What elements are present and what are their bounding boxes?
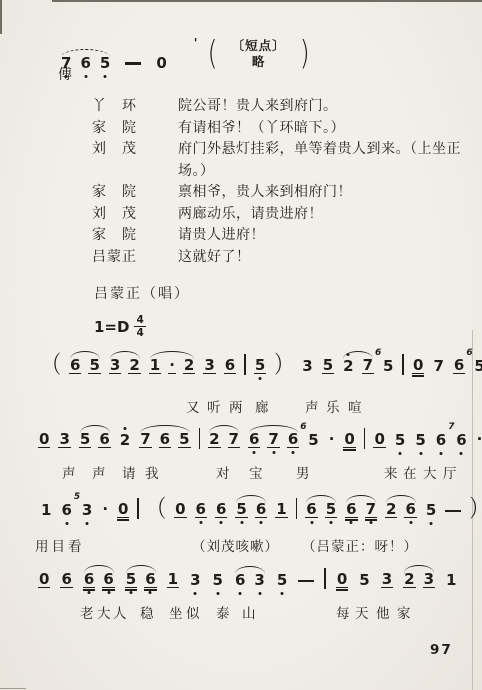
dialogue-text: 府门外悬灯挂彩，单等着贵人到来。（上坐正场。） (178, 139, 468, 182)
note: 0 (343, 432, 355, 448)
slur-group: 65 (305, 494, 337, 518)
barline (296, 498, 298, 519)
time-signature: 4 4 (134, 314, 145, 339)
slur-group: 1·2 (149, 350, 196, 374)
note: 1 (40, 503, 52, 518)
note: 1 (167, 572, 179, 588)
note: 3 (58, 432, 70, 448)
slur-group: 56 (235, 494, 267, 518)
role-label: 丫 环 (92, 96, 156, 118)
note: 6 (255, 502, 267, 518)
slur-group: 65 (69, 350, 101, 374)
note: 7 (365, 502, 377, 518)
slur-group: 26 (385, 494, 417, 518)
note: 5 (79, 432, 91, 448)
dialogue-row: 刘 茂两廊动乐，请贵进府！ (92, 204, 468, 226)
percussion-label-bottom: 略 (252, 54, 266, 70)
note: 56 (307, 433, 319, 448)
augmentation-dot: · (168, 358, 176, 374)
lyric-segment: 他 (376, 602, 391, 622)
role-label: 刘 茂 (92, 139, 156, 182)
lyric-segment: （吕蒙正：呀！） (302, 535, 418, 555)
note: 6 (69, 358, 81, 374)
lyric-segment: 请 (122, 462, 137, 482)
slur-group: 56 (79, 424, 111, 448)
low-octave-dot (149, 591, 152, 594)
note: 2 (128, 358, 140, 374)
music-line-4: 066656135635053231 (38, 564, 457, 588)
role-label: 家 院 (92, 225, 156, 247)
low-octave-dot (260, 521, 263, 524)
note: 6 (234, 573, 246, 588)
grace-note: 6 (300, 423, 306, 432)
note: 5 (276, 573, 288, 588)
lyric-segment: 厅 (443, 462, 458, 482)
barline (324, 568, 326, 589)
music-line-2: 035627652767656·0055667· (38, 424, 482, 448)
intro-notes: 7650 (60, 48, 168, 71)
note: 0 (155, 56, 167, 71)
note: 5 (235, 502, 247, 518)
scan-edge-left (0, 0, 2, 34)
note: 5 (212, 573, 224, 588)
note: 5 (88, 358, 100, 374)
note: 0 (174, 502, 186, 518)
lyric-segment: 稳 (140, 602, 155, 622)
low-octave-dot (216, 592, 219, 595)
note: 1 (149, 358, 161, 374)
note: 2 (119, 433, 131, 448)
high-octave-dot (123, 427, 126, 430)
note: 6 (79, 56, 91, 71)
role-label: 家 院 (92, 118, 156, 140)
note: 3 (301, 359, 313, 374)
dash-note (125, 62, 141, 64)
lyric-segment: 听 (207, 396, 222, 416)
lyric-segment: 来 (384, 462, 399, 482)
note: 2 (208, 432, 220, 448)
slur-group: 63 (234, 565, 266, 588)
dialogue-text: 禀相爷，贵人来到相府门！ (178, 182, 468, 204)
note: 6 (215, 502, 227, 518)
barline (137, 498, 139, 519)
low-octave-dot (239, 592, 242, 595)
low-octave-dot (129, 591, 132, 594)
low-octave-dot (329, 521, 332, 524)
note: 7 (139, 432, 151, 448)
low-octave-dot (419, 452, 422, 455)
note: 6 (159, 432, 171, 448)
lyric-segment: 每 (336, 602, 351, 622)
dialogue-row: 家 院有请相爷！（丫环暗下。） (92, 118, 468, 140)
dialogue-row: 家 院禀相爷，贵人来到相府门！ (92, 182, 468, 204)
slur-group: 32 (109, 350, 141, 374)
key-signature: 1=D 4 4 (94, 314, 146, 339)
note: 0 (38, 572, 50, 588)
note: 67 (455, 433, 467, 448)
lyric-segment: 似 (186, 602, 201, 622)
augmentation-dot: · (101, 502, 109, 517)
low-octave-dot (460, 452, 463, 455)
note: 3 (189, 573, 201, 588)
lyric-segment: 泰 (216, 602, 231, 622)
role-label: 家 院 (92, 182, 156, 204)
lyric-segment: 宝 (249, 462, 264, 482)
low-octave-dot (259, 377, 262, 380)
barline (199, 428, 201, 449)
music-paren: ） (274, 354, 293, 378)
note: 5 (254, 358, 266, 374)
note: 6 (435, 433, 447, 448)
percussion-label: 〔短点〕 略 (232, 38, 286, 71)
grace-note: 7 (448, 423, 454, 432)
lyric-segment: 家 (397, 602, 412, 622)
barline (402, 354, 404, 375)
grace-note: 6 (375, 349, 381, 358)
note: 6 (287, 432, 299, 448)
low-octave-dot (258, 592, 261, 595)
note: 6 (60, 503, 72, 518)
role-label: 刘 茂 (92, 204, 156, 226)
margin-character: 傅 (58, 64, 72, 84)
lyric-segment: 喧 (348, 396, 363, 416)
lyric-segment: 用目看 (35, 535, 85, 555)
scan-edge-top (52, 0, 482, 2)
note: 35 (81, 503, 93, 518)
note: 2 (403, 572, 415, 588)
note: 3 (203, 358, 215, 374)
note: 6 (404, 502, 416, 518)
note: 1 (275, 502, 287, 518)
note: 5 (425, 503, 437, 518)
slur-group: 765 (139, 424, 190, 448)
slur-group: 67 (345, 494, 377, 518)
dialogue-row: 吕蒙正这就好了！ (92, 247, 468, 269)
note: 5 (325, 502, 337, 518)
low-octave-dot (292, 451, 295, 454)
note: 6 (144, 572, 156, 588)
note: 6 (60, 572, 72, 588)
note: 5 (322, 358, 334, 374)
low-octave-dot (86, 522, 89, 525)
note: 2 (183, 358, 195, 374)
low-octave-dot (240, 521, 243, 524)
lyric-segment: 我 (145, 462, 160, 482)
lyric-segment: 在 (403, 462, 418, 482)
slur-group: 66 (83, 564, 115, 588)
note: 6 (224, 358, 236, 374)
low-octave-dot (430, 522, 433, 525)
time-denominator: 4 (134, 327, 145, 339)
note: 5 (178, 432, 190, 448)
low-octave-dot (310, 521, 313, 524)
slur-group: 23 (403, 564, 435, 588)
intro-music-fragment: 7650 ' ( 〔短点〕 略 ) (60, 38, 320, 71)
note: 7 (228, 432, 240, 448)
lyric-segment: 老 (80, 602, 95, 622)
lyric-segment: 又 (186, 396, 201, 416)
lyrics-line-1: 又听两廊声乐喧 (0, 396, 482, 414)
note: 56 (473, 359, 482, 374)
low-octave-dot (199, 521, 202, 524)
scan-edge-bottom (0, 688, 26, 689)
note: 0 (336, 572, 348, 588)
lyric-segment: 大 (97, 602, 112, 622)
augmentation-dot: · (328, 432, 336, 447)
note: 6 (345, 502, 357, 518)
note: 7 (267, 432, 279, 448)
lyric-segment: 声 (92, 462, 107, 482)
augmentation-dot: · (476, 432, 482, 447)
slur-group: 27 (342, 350, 374, 374)
dialogue-block: 丫 环院公哥！贵人来到府门。家 院有请相爷！（丫环暗下。）刘 茂府门外悬灯挂彩，… (92, 96, 468, 268)
lyric-segment: 山 (242, 602, 257, 622)
slur-group: 27 (208, 424, 240, 448)
slur-group: 56 (125, 564, 157, 588)
close-paren: ) (300, 38, 310, 71)
note: 5 (99, 56, 111, 71)
low-octave-dot (104, 75, 107, 78)
lyric-segment: 坐 (169, 602, 184, 622)
note: 3 (423, 572, 435, 588)
music-line-1: （65321·2365）35275607656·0 (42, 350, 482, 374)
low-octave-dot (439, 452, 442, 455)
note: 6 (83, 572, 95, 588)
note: 0 (412, 358, 424, 374)
lyric-segment: 乐 (326, 396, 341, 416)
grace-note: 6 (466, 349, 472, 358)
note: 7 (362, 358, 374, 374)
role-label: 吕蒙正 (92, 247, 156, 269)
dialogue-row: 刘 茂府门外悬灯挂彩，单等着贵人到来。（上坐正场。） (92, 139, 468, 182)
note: 7 (432, 359, 444, 374)
music-line-3: 1635·0（0665616567265） (40, 494, 482, 518)
lyrics-line-4: 老大人稳坐似泰山每天他家 (0, 602, 482, 620)
key-prefix: 1=D (94, 318, 129, 336)
percussion-label-top: 〔短点〕 (232, 38, 286, 54)
low-octave-dot (272, 451, 275, 454)
grace-note: 5 (74, 493, 80, 502)
high-octave-dot (347, 353, 350, 356)
note: 3 (381, 572, 393, 588)
dialogue-text: 院公哥！贵人来到府门。 (178, 96, 468, 118)
lyric-segment: 对 (216, 462, 231, 482)
lyric-segment: 大 (423, 462, 438, 482)
lyrics-line-2: 声声请我对宝男来在大厅 (0, 462, 482, 480)
low-octave-dot (253, 451, 256, 454)
note: 5 (358, 573, 370, 588)
low-octave-dot (107, 591, 110, 594)
note: 5 (414, 433, 426, 448)
low-octave-dot (369, 521, 372, 524)
dialogue-row: 家 院请贵人进府！ (92, 225, 468, 247)
low-octave-dot (220, 521, 223, 524)
note: 6 (102, 572, 114, 588)
lyric-segment: 声 (305, 396, 320, 416)
note: 1 (445, 573, 457, 588)
note: 5 (394, 433, 406, 448)
note: 6 (98, 432, 110, 448)
lyrics-line-3: 用目看（刘茂咳嗽）（吕蒙正：呀！） (0, 535, 482, 553)
note: 6 (305, 502, 317, 518)
music-paren: （ (147, 498, 166, 522)
note: 3 (109, 358, 121, 374)
note: 2 (342, 359, 354, 374)
lyric-segment: 声 (62, 462, 77, 482)
dialogue-text: 这就好了！ (178, 247, 468, 269)
note: 0 (38, 432, 50, 448)
tick-mark: ' (194, 36, 198, 50)
lyric-segment: 天 (355, 602, 370, 622)
music-paren: ） (469, 498, 482, 522)
barline (364, 428, 366, 449)
dialogue-text: 请贵人进府！ (178, 225, 468, 247)
note: 6 (248, 432, 260, 448)
note: 5 (125, 572, 137, 588)
dialogue-text: 两廊动乐，请贵进府！ (178, 204, 468, 226)
low-octave-dot (88, 591, 91, 594)
note: 3 (253, 573, 265, 588)
open-paren: ( (207, 38, 217, 71)
low-octave-dot (409, 521, 412, 524)
lyric-segment: 两 (229, 396, 244, 416)
music-paren: （ (42, 354, 61, 378)
lyric-segment: （刘茂咳嗽） (192, 535, 279, 555)
slur-group: 676 (248, 424, 299, 448)
lyric-segment: 男 (296, 462, 311, 482)
low-octave-dot (84, 75, 87, 78)
score-page: 7650 ' ( 〔短点〕 略 ) 傅 丫 环院公哥！贵人来到府门。家 院有请相… (0, 0, 482, 690)
low-octave-dot (350, 521, 353, 524)
low-octave-dot (65, 522, 68, 525)
low-octave-dot (399, 452, 402, 455)
note: 0 (117, 502, 129, 518)
note: 56 (382, 359, 394, 374)
dash-note (445, 510, 461, 512)
low-octave-dot (194, 592, 197, 595)
dash-note (298, 580, 314, 582)
low-octave-dot (281, 592, 284, 595)
note: 6 (453, 358, 465, 374)
barline (244, 354, 246, 375)
lyric-segment: 人 (113, 602, 128, 622)
time-numerator: 4 (134, 314, 145, 327)
note: 0 (373, 432, 385, 448)
dialogue-row: 丫 环院公哥！贵人来到府门。 (92, 96, 468, 118)
note: 6 (195, 502, 207, 518)
page-number: 97 (430, 642, 453, 658)
lyric-segment: 廊 (255, 396, 270, 416)
singer-heading: 吕蒙正（唱） (94, 283, 190, 303)
note: 2 (385, 502, 397, 518)
dialogue-text: 有请相爷！（丫环暗下。） (178, 118, 468, 140)
